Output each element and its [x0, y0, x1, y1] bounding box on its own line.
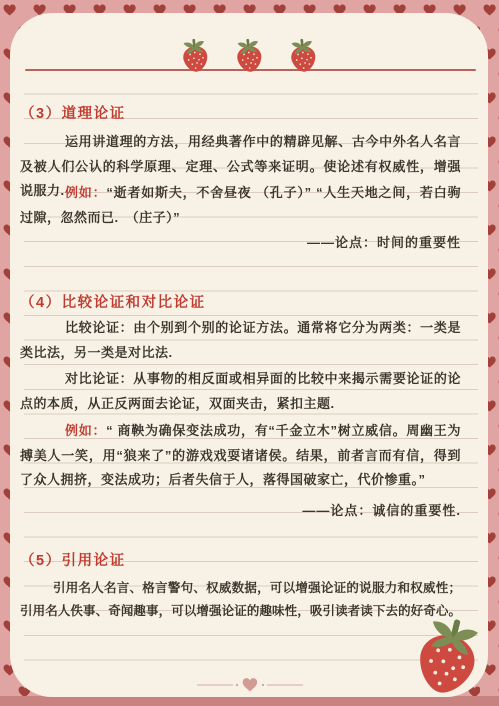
section-4-paragraph: 对比论证：从事物的相反面或相异面的比较中来揭示需要论证的论点的本质，从正反两面去… — [20, 367, 461, 416]
section-5-paragraph: 引用名人佚事、奇闻趣事，可以增强论证的趣味性，吸引读者读下去的好奇心。 — [20, 599, 461, 624]
section-4-attribution: ——论点：诚信的重要性. — [20, 499, 485, 524]
example-label: 例如： — [65, 185, 106, 200]
note-content: （3）道理论证 运用讲道理的方法，用经典著作中的精辟见解、古今中外名人名言及被人… — [0, 0, 499, 706]
section-4-example: 例如：“ 商鞅为确保变法成功，有“千金立木”树立威信。周幽王为搏美人一笑，用“狼… — [20, 419, 461, 493]
section-3-attribution: ——论点：时间的重要性 — [20, 231, 485, 256]
section-3-example: 例如：“逝者如斯夫，不舍昼夜 （孔子）” “人生天地之间，若白驹过隙，忽然而已.… — [20, 181, 461, 230]
section-4-paragraph: 比较论证：由个别到个别的论证方法。通常将它分为两类：一类是类比法，另一类是对比法… — [20, 316, 461, 365]
section-5-heading: （5）引用论证 — [20, 549, 461, 574]
example-label: 例如： — [65, 423, 106, 438]
section-5-paragraph: 引用名人名言、格言警句、权威数据，可以增强论证的说服力和权威性； — [20, 576, 461, 601]
section-3-heading: （3）道理论证 — [20, 102, 461, 127]
section-4-heading: （4）比较论证和对比论证 — [20, 291, 461, 316]
notebook-page: （3）道理论证 运用讲道理的方法，用经典著作中的精辟见解、古今中外名人名言及被人… — [0, 0, 499, 706]
